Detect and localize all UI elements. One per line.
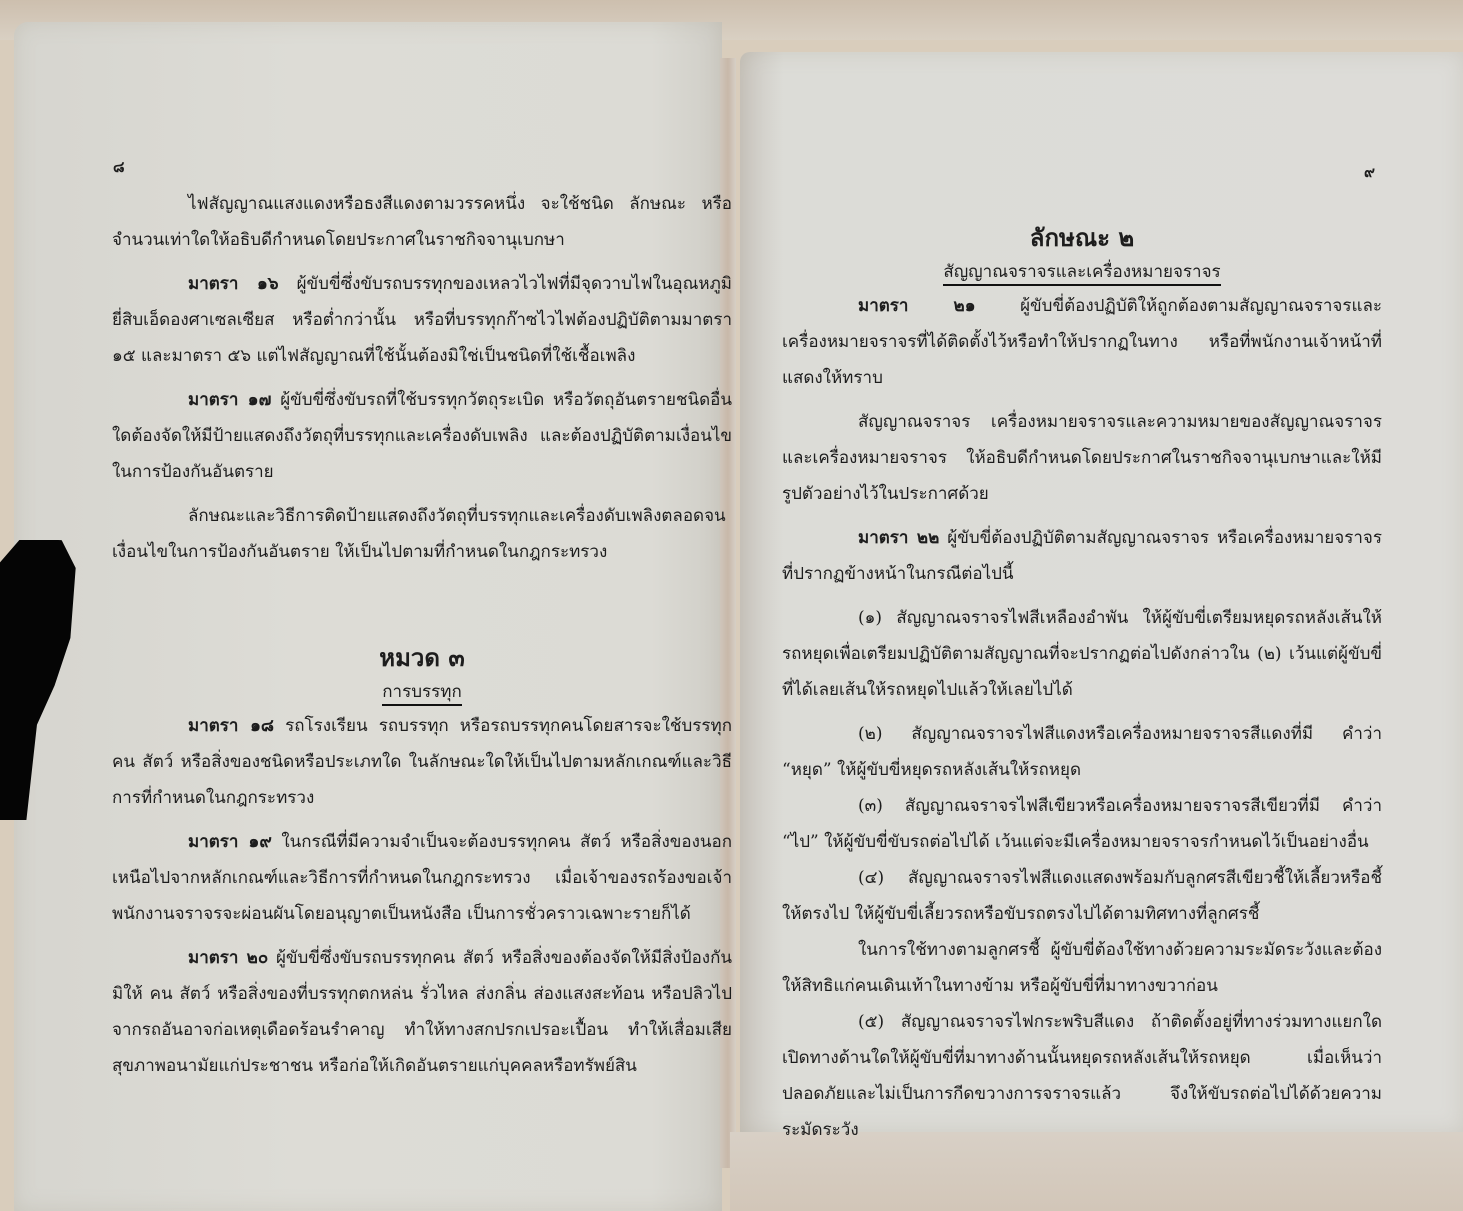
section-label: มาตรา ๒๑ — [858, 296, 976, 316]
chapter-title: ลักษณะ ๒ — [782, 220, 1382, 256]
list-item-1: (๑) สัญญาณจราจรไฟสีเหลืองอำพัน ให้ผู้ขับ… — [782, 600, 1382, 708]
item-marker: (๔) — [858, 868, 884, 888]
section-label: มาตรา ๑๙ — [188, 832, 272, 852]
paragraph-text: ในการใช้ทางตามลูกศรชี้ ผู้ขับขี่ต้องใช้ท… — [782, 940, 1382, 996]
chapter-subtitle: สัญญาณจราจรและเครื่องหมายจราจร — [782, 256, 1382, 288]
paragraph-text: ไฟสัญญาณแสงแดงหรือธงสีแดงตามวรรคหนึ่ง จะ… — [112, 194, 732, 250]
paragraph-text: ลักษณะและวิธีการติดป้ายแสดงถึงวัตถุที่บร… — [112, 506, 726, 562]
section-label: มาตรา ๒๐ — [188, 948, 268, 968]
paragraph: สัญญาณจราจร เครื่องหมายจราจรและความหมายข… — [782, 404, 1382, 512]
section-label: มาตรา ๒๒ — [858, 528, 939, 548]
chapter-subtitle: การบรรทุก — [112, 676, 732, 708]
section-label: มาตรา ๑๖ — [188, 274, 279, 294]
list-item-3: (๓) สัญญาณจราจรไฟสีเขียวหรือเครื่องหมายจ… — [782, 788, 1382, 860]
open-book: ๘ ไฟสัญญาณแสงแดงหรือธงสีแดงตามวรรคหนึ่ง … — [0, 0, 1463, 1211]
list-item-5: (๕) สัญญาณจราจรไฟกระพริบสีแดง ถ้าติดตั้ง… — [782, 1004, 1382, 1148]
section-16: มาตรา ๑๖ ผู้ขับขี่ซึ่งขับรถบรรทุกของเหลว… — [112, 266, 732, 374]
chapter-title: หมวด ๓ — [112, 640, 732, 676]
list-item-2: (๒) สัญญาณจราจรไฟสีแดงหรือเครื่องหมายจรา… — [782, 716, 1382, 788]
paragraph: ลักษณะและวิธีการติดป้ายแสดงถึงวัตถุที่บร… — [112, 498, 732, 570]
paragraph-text: สัญญาณจราจร เครื่องหมายจราจรและความหมายข… — [782, 412, 1382, 504]
paragraph: ไฟสัญญาณแสงแดงหรือธงสีแดงตามวรรคหนึ่ง จะ… — [112, 186, 732, 258]
section-19: มาตรา ๑๙ ในกรณีที่มีความจำเป็นจะต้องบรรท… — [112, 824, 732, 932]
section-label: มาตรา ๑๘ — [188, 716, 274, 736]
list-item-4: (๔) สัญญาณจราจรไฟสีแดงแสดงพร้อมกับลูกศรส… — [782, 860, 1382, 932]
section-21: มาตรา ๒๑ ผู้ขับขี่ต้องปฏิบัติให้ถูกต้องต… — [782, 288, 1382, 396]
section-20: มาตรา ๒๐ ผู้ขับขี่ซึ่งขับรถบรรทุกคน สัตว… — [112, 940, 732, 1084]
right-page-text: ลักษณะ ๒ สัญญาณจราจรและเครื่องหมายจราจร … — [782, 150, 1382, 1148]
item-marker: (๒) — [858, 724, 882, 744]
section-17: มาตรา ๑๗ ผู้ขับขี่ซึ่งขับรถที่ใช้บรรทุกว… — [112, 382, 732, 490]
section-22: มาตรา ๒๒ ผู้ขับขี่ต้องปฏิบัติตามสัญญาณจร… — [782, 520, 1382, 592]
item-marker: (๑) — [858, 608, 882, 628]
paragraph: ในการใช้ทางตามลูกศรชี้ ผู้ขับขี่ต้องใช้ท… — [782, 932, 1382, 1004]
item-marker: (๕) — [858, 1012, 884, 1032]
section-18: มาตรา ๑๘ รถโรงเรียน รถบรรทุก หรือรถบรรทุ… — [112, 708, 732, 816]
left-page-text: ไฟสัญญาณแสงแดงหรือธงสีแดงตามวรรคหนึ่ง จะ… — [112, 150, 732, 1084]
item-marker: (๓) — [858, 796, 883, 816]
section-label: มาตรา ๑๗ — [188, 390, 271, 410]
